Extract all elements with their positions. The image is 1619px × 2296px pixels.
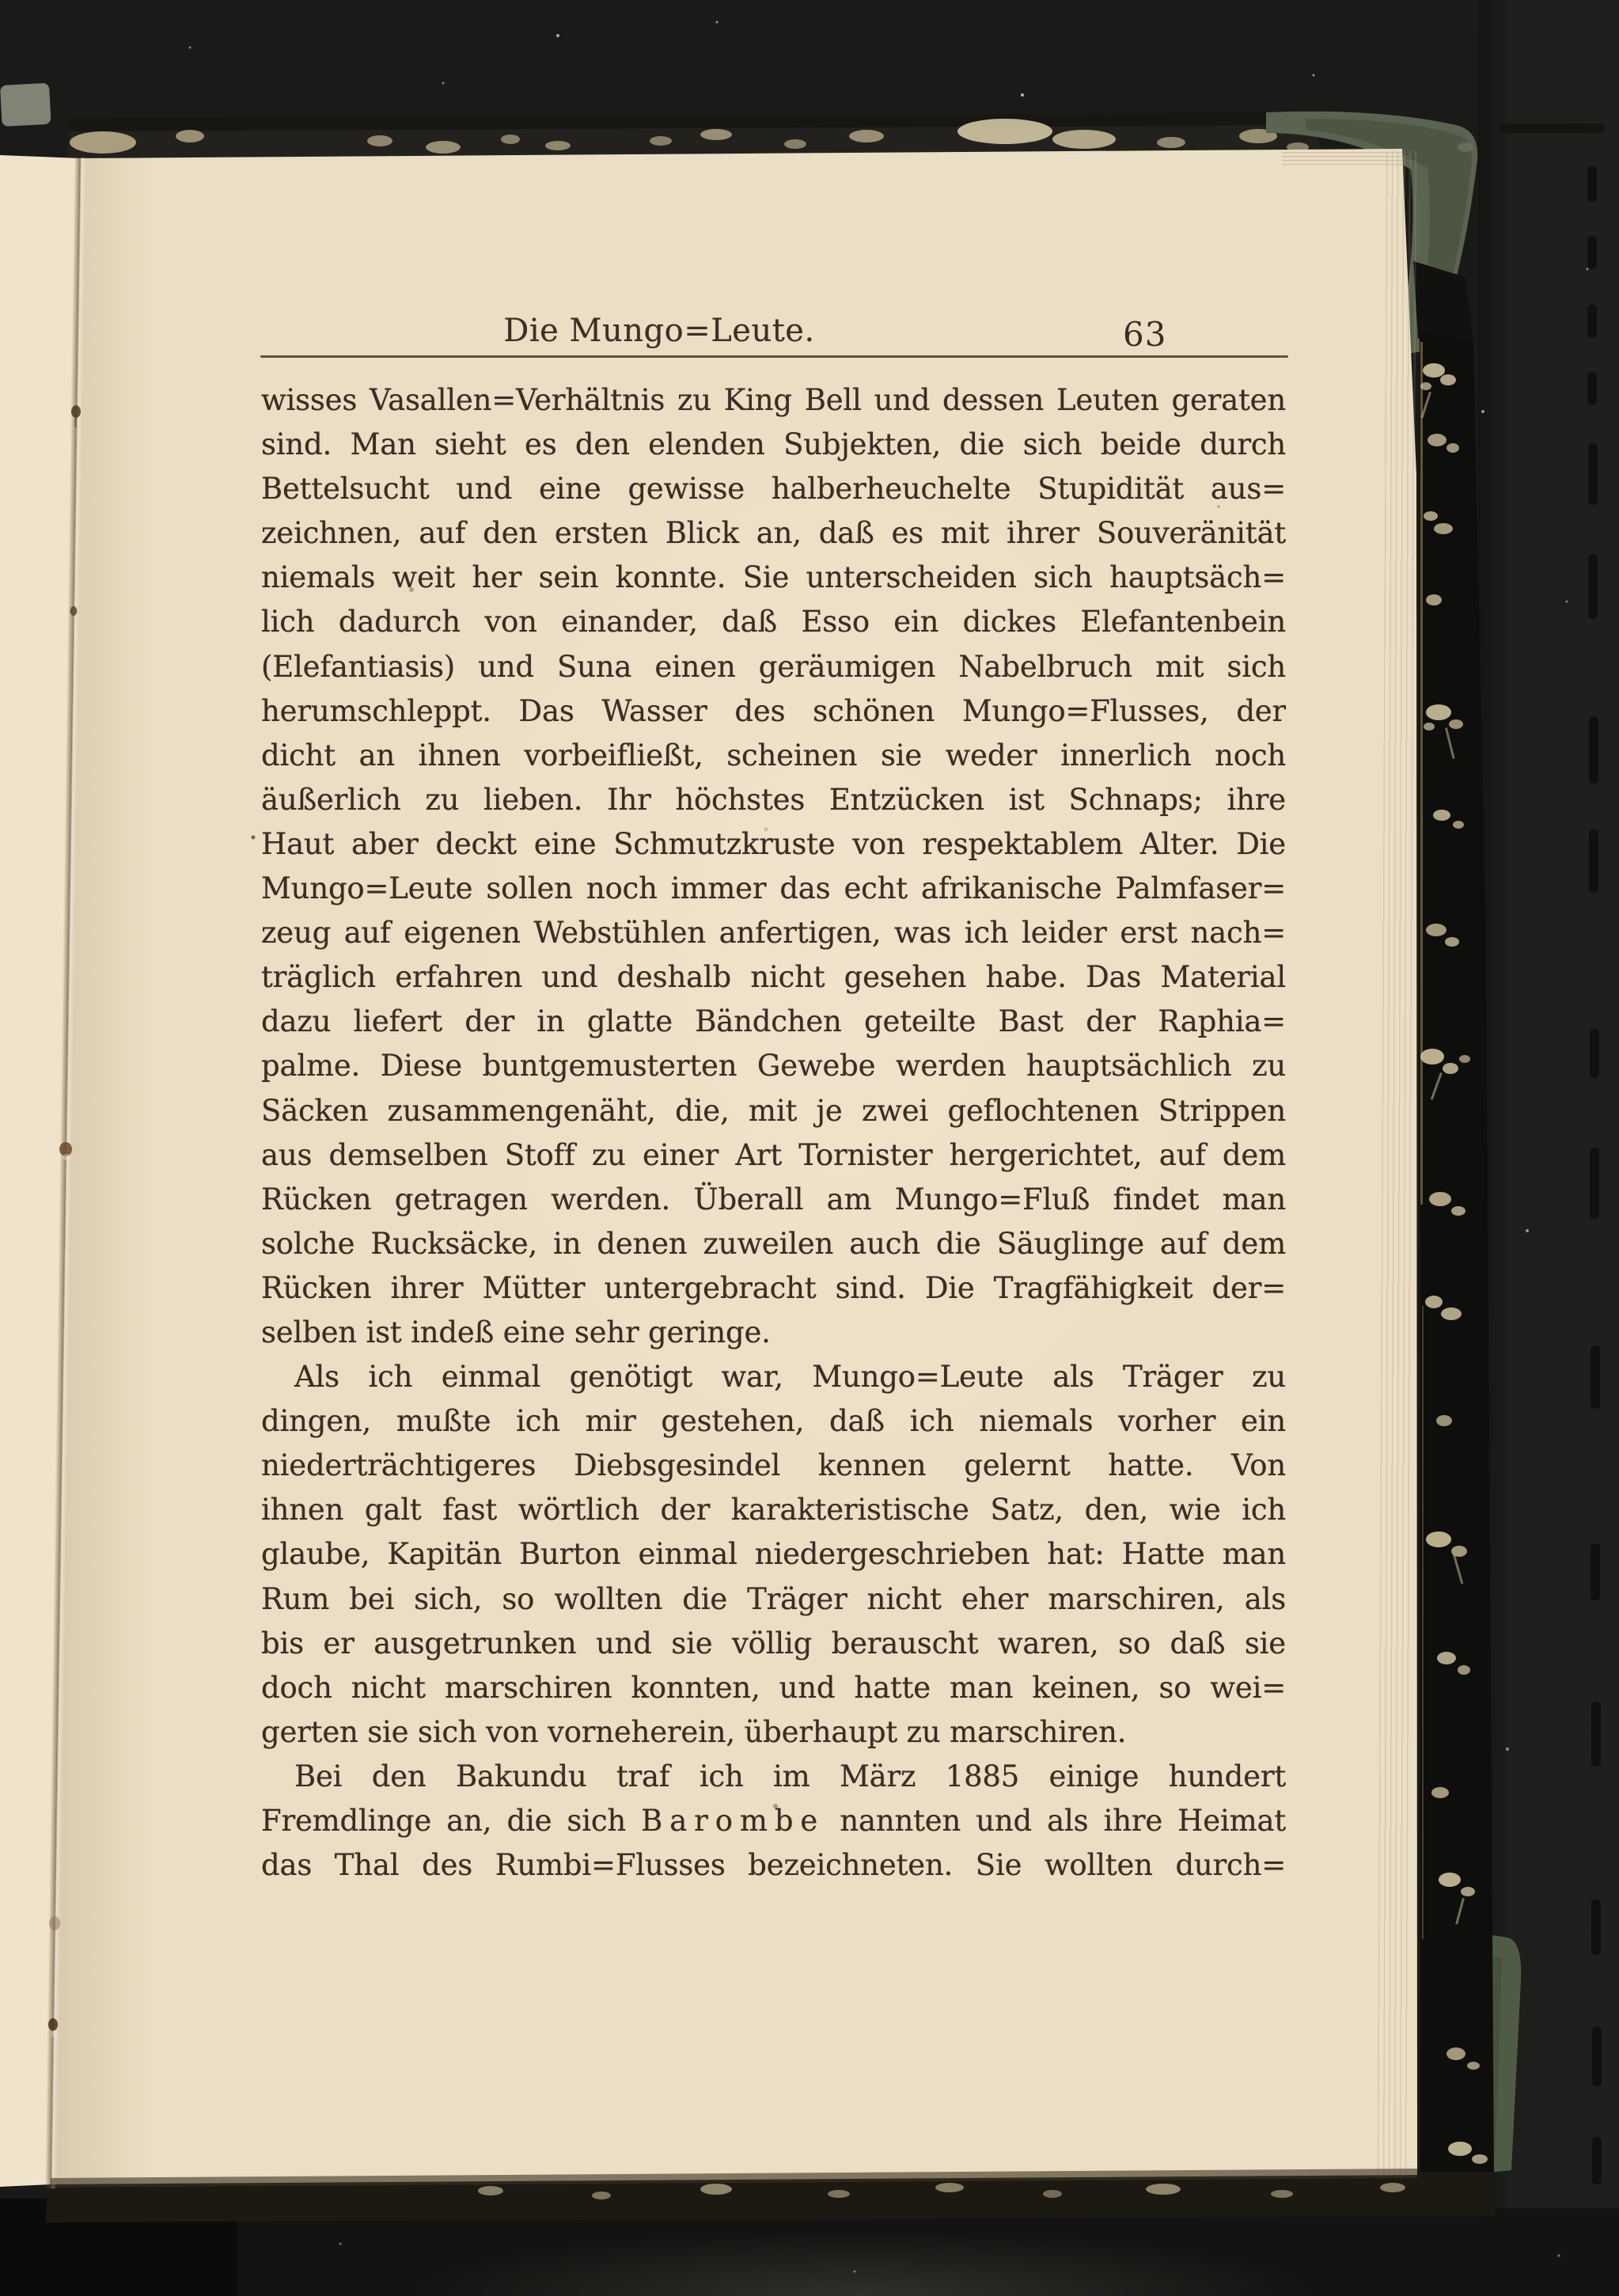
text-line: zeichnen, auf den ersten Blick an, daß e… (261, 511, 1286, 556)
text-line: Haut aber deckt eine Schmutzkruste von r… (261, 822, 1286, 867)
text-line: niemals weit her sein konnte. Sie unters… (261, 556, 1286, 600)
text-line: doch nicht marschiren konnten, und hatte… (261, 1666, 1286, 1710)
text-line: Rücken ihrer Mütter untergebracht sind. … (261, 1266, 1286, 1311)
text-line: sind. Man sieht es den elenden Subjekten… (261, 423, 1286, 467)
text-line: lich dadurch von einander, daß Esso ein … (261, 600, 1286, 644)
text-line: äußerlich zu lieben. Ihr höchstes Entzüc… (261, 778, 1286, 822)
text-line: herumschleppt. Das Wasser des schönen Mu… (261, 689, 1286, 734)
text-line: Rücken getragen werden. Überall am Mungo… (261, 1178, 1286, 1222)
text-line: solche Rucksäcke, in denen zuweilen auch… (261, 1222, 1286, 1266)
text-line: selben ist indeß eine sehr geringe. (261, 1311, 1286, 1355)
text-line: Bei den Bakundu traf ich im März 1885 ei… (261, 1755, 1286, 1799)
letterspaced-word: Barombe (641, 1804, 825, 1838)
text-line: zeug auf eigenen Webstühlen anfertigen, … (261, 911, 1286, 955)
page-number: 63 (1123, 315, 1166, 354)
text-line: palme. Diese buntgemusterten Gewebe werd… (261, 1044, 1286, 1088)
text-line: dazu liefert der in glatte Bändchen gete… (261, 1000, 1286, 1044)
text-line: dingen, mußte ich mir gestehen, daß ich … (261, 1399, 1286, 1444)
text-line: dicht an ihnen vorbeifließt, scheinen si… (261, 734, 1286, 778)
text-line: das Thal des Rumbi=Flusses bezeichneten.… (261, 1843, 1286, 1888)
body-text: wisses Vasallen=Verhältnis zu King Bell … (261, 378, 1286, 1888)
text-line: Rum bei sich, so wollten die Träger nich… (261, 1577, 1286, 1622)
text-line: Fremdlinge an, die sich Barombe nannten … (261, 1799, 1286, 1843)
text-line: aus demselben Stoff zu einer Art Tornist… (261, 1133, 1286, 1178)
text-line: Als ich einmal genötigt war, Mungo=Leute… (261, 1355, 1286, 1399)
text-line: niederträchtigeres Diebsgesindel kennen … (261, 1444, 1286, 1488)
text-line: Säcken zusammengenäht, die, mit je zwei … (261, 1089, 1286, 1133)
text-line: träglich erfahren und deshalb nicht gese… (261, 955, 1286, 1000)
scanned-book-photo: { "header": { "title": "Die Mungo=Leute.… (0, 0, 1619, 2296)
text-line: Bettelsucht und eine gewisse halberheuch… (261, 467, 1286, 511)
text-line: ihnen galt fast wörtlich der karakterist… (261, 1488, 1286, 1532)
running-header: Die Mungo=Leute. (503, 312, 814, 350)
text-line: Mungo=Leute sollen noch immer das echt a… (261, 867, 1286, 911)
text-line: gerten sie sich von vorneherein, überhau… (261, 1710, 1286, 1755)
text-line: (Elefantiasis) und Suna einen geräumigen… (261, 645, 1286, 689)
page-bottom-shadow (51, 2169, 1417, 2188)
text-line: glaube, Kapitän Burton einmal niedergesc… (261, 1532, 1286, 1577)
sewing-holes (48, 405, 81, 2038)
text-line: wisses Vasallen=Verhältnis zu King Bell … (261, 378, 1286, 423)
text-line: bis er ausgetrunken und sie völlig berau… (261, 1622, 1286, 1666)
header-rule (260, 355, 1288, 358)
